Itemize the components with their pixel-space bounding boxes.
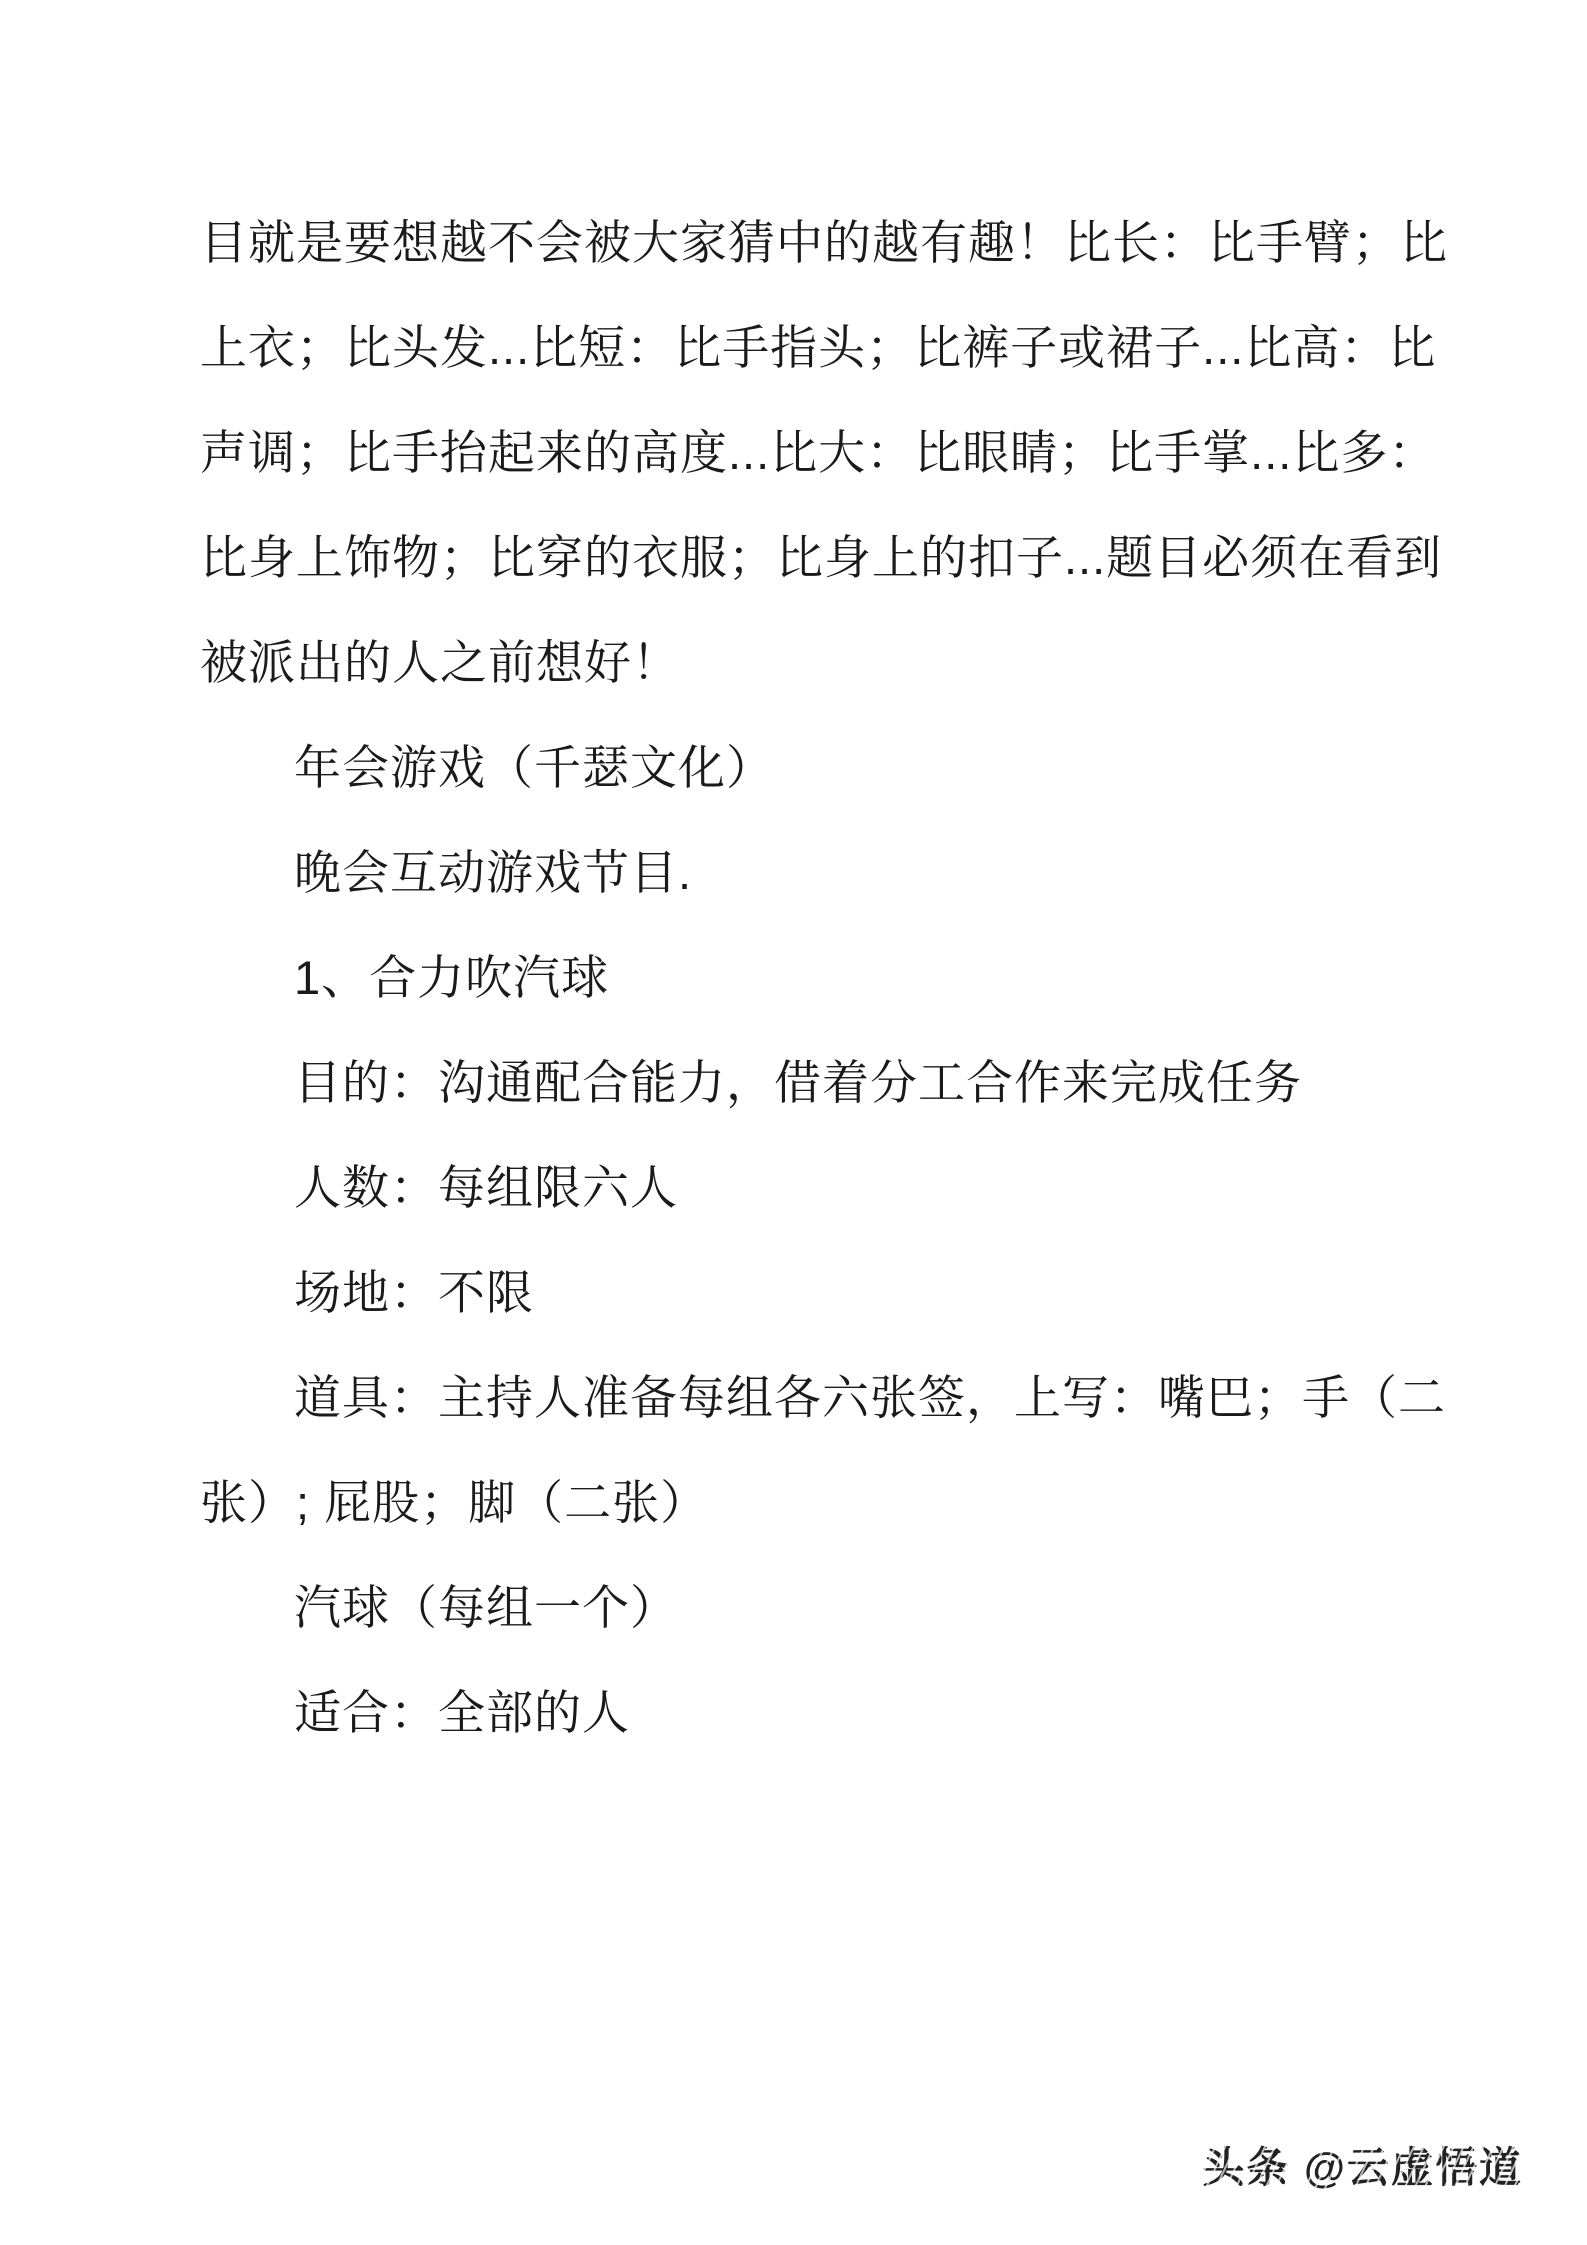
document-line-balloon: 汽球（每组一个） bbox=[200, 1555, 1419, 1660]
document-line-props-continued: 张）; 屁股；脚（二张） bbox=[200, 1450, 1419, 1555]
document-line-annual-party-games-title: 年会游戏（千瑟文化） bbox=[200, 715, 1419, 820]
document-line: 声调；比手抬起来的高度...比大：比眼睛；比手掌...比多： bbox=[200, 400, 1419, 505]
document-line: 比身上饰物；比穿的衣服；比身上的扣子...题目必须在看到 bbox=[200, 505, 1419, 610]
toutiao-watermark: 头条 @云虚悟道 bbox=[1202, 2135, 1523, 2195]
document-line: 上衣；比头发...比短：比手指头；比裤子或裙子...比高：比 bbox=[200, 295, 1419, 400]
document-line-purpose: 目的：沟通配合能力，借着分工合作来完成任务 bbox=[200, 1030, 1419, 1135]
document-line-suitable-for: 适合：全部的人 bbox=[200, 1660, 1419, 1765]
document-line-props: 道具：主持人准备每组各六张签，上写：嘴巴；手（二 bbox=[200, 1345, 1419, 1450]
document-line: 目就是要想越不会被大家猜中的越有趣！比长：比手臂；比 bbox=[200, 190, 1419, 295]
document-line-venue: 场地：不限 bbox=[200, 1240, 1419, 1345]
document-line-evening-party-subtitle: 晚会互动游戏节目. bbox=[200, 820, 1419, 925]
document-line-players: 人数：每组限六人 bbox=[200, 1135, 1419, 1240]
document-line: 被派出的人之前想好！ bbox=[200, 610, 1419, 715]
document-line-game-1-title: 1、合力吹汽球 bbox=[200, 925, 1419, 1030]
document-page: 目就是要想越不会被大家猜中的越有趣！比长：比手臂；比 上衣；比头发...比短：比… bbox=[0, 0, 1587, 1765]
